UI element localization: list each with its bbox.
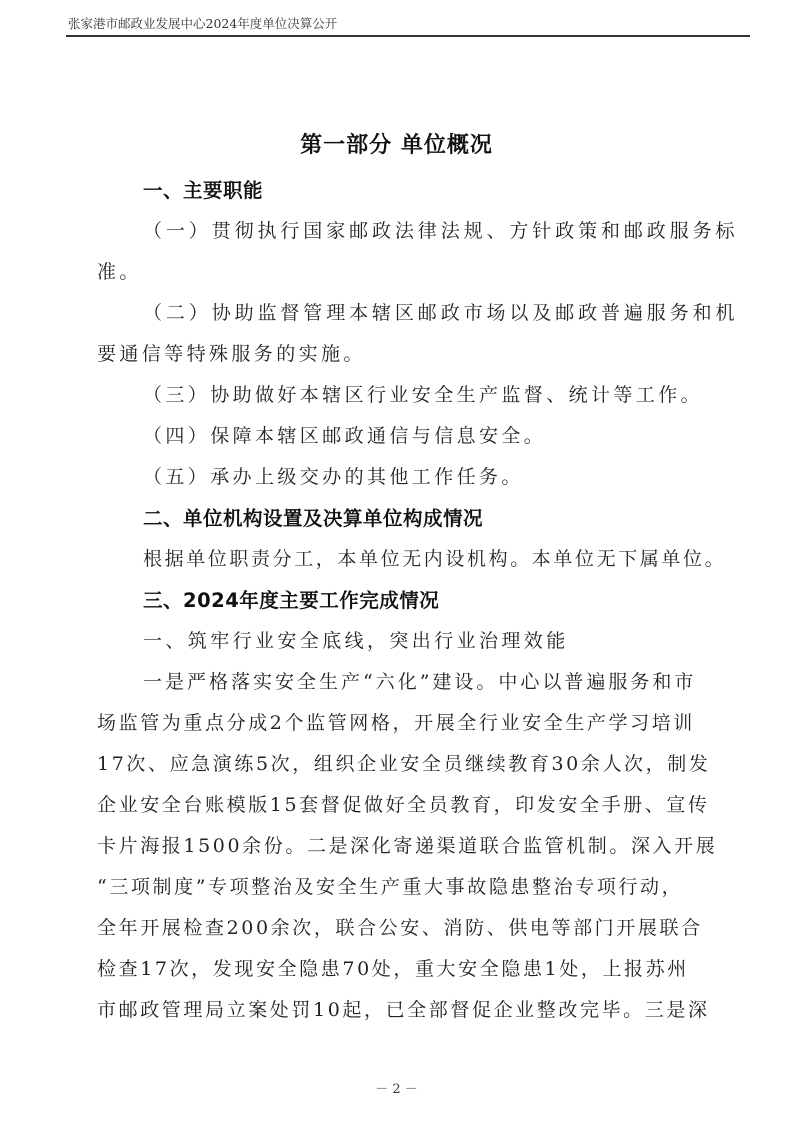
page-title: 第一部分 单位概况 xyxy=(0,128,793,159)
text-line: 准。 xyxy=(97,252,713,293)
text-line: 根据单位职责分工，本单位无内设机构。本单位无下属单位。 xyxy=(97,539,713,580)
text-line: （五）承办上级交办的其他工作任务。 xyxy=(97,457,713,498)
text-line: （三）协助做好本辖区行业安全生产监督、统计等工作。 xyxy=(97,375,713,416)
text-line: 卡片海报1500余份。二是深化寄递渠道联合监管机制。深入开展 xyxy=(97,826,713,867)
section-main-functions: 一、主要职能 （一）贯彻执行国家邮政法律法规、方针政策和邮政服务标 准。 （二）… xyxy=(97,170,713,1031)
text-line: “三项制度”专项整治及安全生产重大事故隐患整治专项行动， xyxy=(97,867,713,908)
text-line: 17次、应急演练5次，组织企业安全员继续教育30余人次，制发 xyxy=(97,744,713,785)
function-item-3: （三）协助做好本辖区行业安全生产监督、统计等工作。 xyxy=(97,375,713,416)
text-line: 企业安全台账模版15套督促做好全员教育，印发安全手册、宣传 xyxy=(97,785,713,826)
subheading: 一、筑牢行业安全底线，突出行业治理效能 xyxy=(97,621,713,662)
text-line: 全年开展检查200余次，联合公安、消防、供电等部门开展联合 xyxy=(97,908,713,949)
running-header: 张家港市邮政业发展中心2024年度单位决算公开 xyxy=(66,16,751,32)
text-line: 一是严格落实安全生产“六化”建设。中心以普遍服务和市 xyxy=(97,662,713,703)
text-line: 市邮政管理局立案处罚10起，已全部督促企业整改完毕。三是深 xyxy=(97,990,713,1031)
text-line: （一）贯彻执行国家邮政法律法规、方针政策和邮政服务标 xyxy=(97,211,713,252)
text-line: 检查17次，发现安全隐患70处，重大安全隐患1处，上报苏州 xyxy=(97,949,713,990)
function-item-2: （二）协助监督管理本辖区邮政市场以及邮政普遍服务和机 要通信等特殊服务的实施。 xyxy=(97,293,713,375)
header-rule xyxy=(66,35,750,37)
org-structure-text: 根据单位职责分工，本单位无内设机构。本单位无下属单位。 xyxy=(97,539,713,580)
function-item-4: （四）保障本辖区邮政通信与信息安全。 xyxy=(97,416,713,457)
text-line: （四）保障本辖区邮政通信与信息安全。 xyxy=(97,416,713,457)
function-item-1: （一）贯彻执行国家邮政法律法规、方针政策和邮政服务标 准。 xyxy=(97,211,713,293)
text-line: （二）协助监督管理本辖区邮政市场以及邮政普遍服务和机 xyxy=(97,293,713,334)
text-line: 场监管为重点分成2个监管网格，开展全行业安全生产学习培训 xyxy=(97,703,713,744)
work-paragraph: 一是严格落实安全生产“六化”建设。中心以普遍服务和市 场监管为重点分成2个监管网… xyxy=(97,662,713,1031)
section-heading: 三、2024年度主要工作完成情况 xyxy=(97,580,713,621)
section-heading: 一、主要职能 xyxy=(97,170,713,211)
page-number: － 2 － xyxy=(0,1078,793,1097)
text-line: 一、筑牢行业安全底线，突出行业治理效能 xyxy=(97,621,713,662)
function-item-5: （五）承办上级交办的其他工作任务。 xyxy=(97,457,713,498)
text-line: 要通信等特殊服务的实施。 xyxy=(97,334,713,375)
section-heading: 二、单位机构设置及决算单位构成情况 xyxy=(97,498,713,539)
